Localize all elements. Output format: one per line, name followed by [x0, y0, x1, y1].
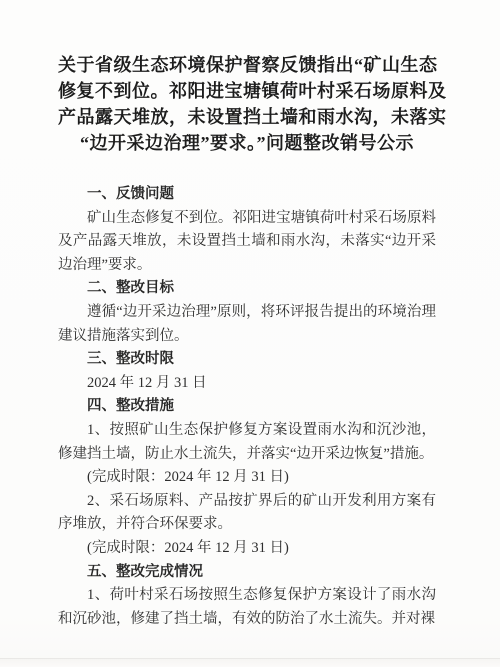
section-heading-deadline: 三、整改时限: [58, 348, 436, 372]
paragraph-measure-2: 2、采石场原料、产品按扩界后的矿山开发利用方案有序堆放，并符合环保要求。: [58, 490, 436, 537]
section-heading-feedback-problem: 一、反馈问题: [58, 183, 436, 207]
paragraph-rectification-goal: 遵循“边开采边治理”原则，将环评报告提出的环境治理建议措施落实到位。: [58, 301, 436, 348]
photo-bottom-edge: [0, 658, 500, 667]
paragraph-feedback-problem: 矿山生态修复不到位。祁阳进宝塘镇荷叶村采石场原料及产品露天堆放，未设置挡土墙和雨…: [58, 207, 436, 278]
paragraph-measure-1: 1、按照矿山生态保护修复方案设置雨水沟和沉沙池，修建挡土墙，防止水土流失，并落实…: [58, 419, 436, 466]
document-title: 关于省级生态环境保护督察反馈指出“矿山生态 修复不到位。祁阳进宝塘镇荷叶村采石场…: [58, 52, 436, 156]
title-line-4: “边开采边治理”要求。”问题整改销号公示: [58, 130, 436, 156]
date-line-measure-2-deadline: (完成时限：2024 年 12 月 31 日): [58, 537, 436, 561]
title-line-2: 修复不到位。祁阳进宝塘镇荷叶村采石场原料及: [58, 78, 436, 104]
document: 关于省级生态环境保护督察反馈指出“矿山生态 修复不到位。祁阳进宝塘镇荷叶村采石场…: [0, 0, 500, 631]
paragraph-completion-status-1: 1、荷叶村采石场按照生态修复保护方案设计了雨水沟和沉砂池，修建了挡土墙，有效的防…: [58, 584, 436, 631]
section-heading-measures: 四、整改措施: [58, 395, 436, 419]
date-line-measure-1-deadline: (完成时限：2024 年 12 月 31 日): [58, 466, 436, 490]
title-line-3: 产品露天堆放，未设置挡土墙和雨水沟，未落实: [58, 104, 436, 130]
section-heading-rectification-goal: 二、整改目标: [58, 277, 436, 301]
section-heading-completion-status: 五、整改完成情况: [58, 561, 436, 585]
date-line-deadline: 2024 年 12 月 31 日: [58, 372, 436, 396]
document-body: 一、反馈问题 矿山生态修复不到位。祁阳进宝塘镇荷叶村采石场原料及产品露天堆放，未…: [58, 183, 436, 631]
title-line-1: 关于省级生态环境保护督察反馈指出“矿山生态: [58, 52, 436, 78]
document-page: 关于省级生态环境保护督察反馈指出“矿山生态 修复不到位。祁阳进宝塘镇荷叶村采石场…: [0, 0, 500, 667]
